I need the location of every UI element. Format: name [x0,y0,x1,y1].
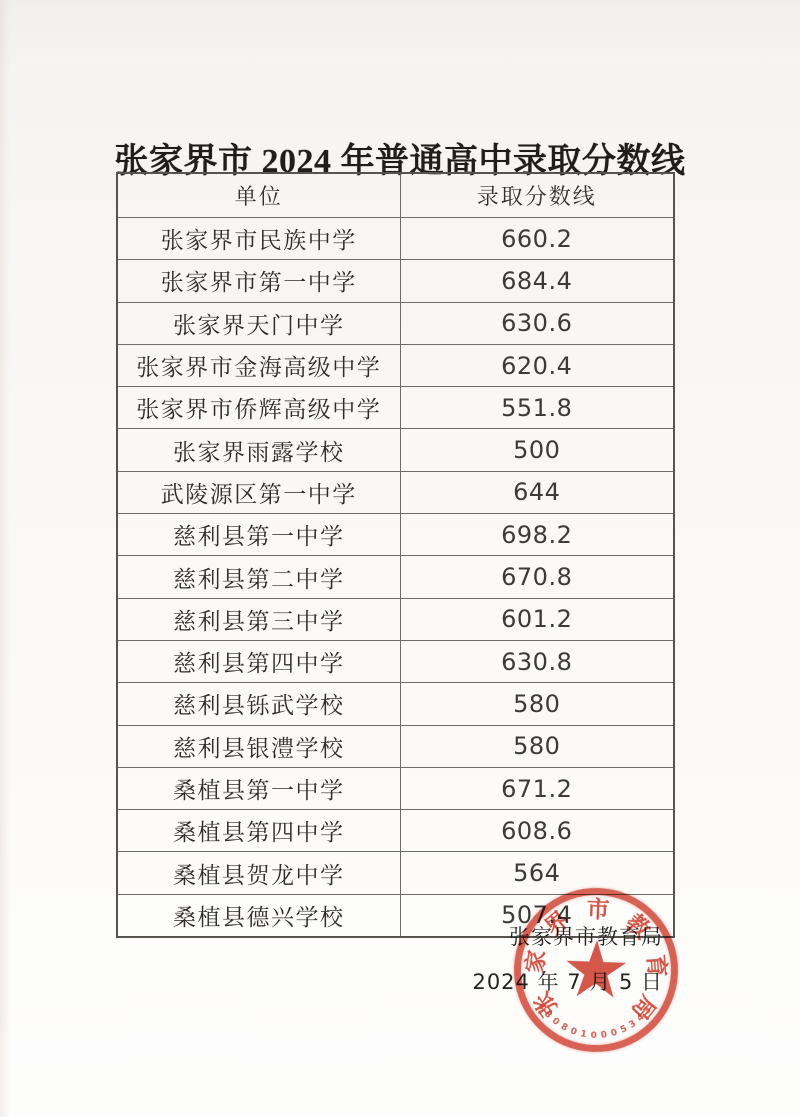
score-cell: 671.2 [400,767,674,809]
unit-cell: 张家界雨露学校 [117,429,400,471]
table-row: 张家界雨露学校500 [117,429,674,471]
unit-cell: 桑植县德兴学校 [117,894,400,937]
unit-cell: 慈利县第四中学 [117,640,400,682]
score-cell: 630.6 [400,302,674,344]
seal-code-digit: 3 [626,1018,640,1032]
unit-cell: 慈利县第一中学 [117,514,400,556]
score-column-header: 录取分数线 [400,173,674,218]
unit-cell: 慈利县银澧学校 [117,725,400,767]
score-cell: 660.2 [400,218,674,260]
table-row: 桑植县第四中学608.6 [117,810,674,852]
score-cell: 630.8 [400,640,674,682]
seal-code-digit: 0 [589,1031,599,1041]
table-row: 张家界市第一中学684.4 [117,260,674,302]
seal-code-digit: 3 [541,1008,555,1022]
table-row: 慈利县铄武学校580 [117,683,674,725]
seal-code-digit: 0 [567,1026,580,1039]
table-row: 张家界天门中学630.6 [117,302,674,344]
seal-code-digit: 4 [634,1011,648,1025]
unit-cell: 桑植县第一中学 [117,767,400,809]
unit-cell: 张家界市金海高级中学 [117,344,400,386]
table-row: 张家界市民族中学660.2 [117,218,674,260]
table-row: 慈利县第三中学601.2 [117,598,674,640]
score-cell: 601.2 [400,598,674,640]
unit-cell: 桑植县第四中学 [117,810,400,852]
score-cell: 698.2 [400,514,674,556]
score-cell: 684.4 [400,260,674,302]
unit-cell: 武陵源区第一中学 [117,471,400,513]
unit-cell: 张家界天门中学 [117,302,400,344]
seal-code-digit: 8 [557,1021,571,1035]
table-row: 慈利县第二中学670.8 [117,556,674,598]
unit-cell: 慈利县第三中学 [117,598,400,640]
signature-issuer: 张家界市教育局 [400,921,663,951]
seal-code-digit: 0 [598,1030,609,1041]
seal-code-digit: 0 [548,1015,562,1029]
table-row: 武陵源区第一中学644 [117,471,674,513]
score-cell: 564 [400,852,674,894]
signature-date: 2024 年 7 月 5 日 [400,966,663,996]
score-cell: 608.6 [400,810,674,852]
seal-code-digit: 3 [641,1004,655,1018]
score-cell: 580 [400,725,674,767]
table-row: 慈利县第一中学698.2 [117,514,674,556]
score-cell: 644 [400,471,674,513]
table-row: 慈利县第四中学630.8 [117,640,674,682]
score-cell: 500 [400,429,674,471]
table-row: 慈利县银澧学校580 [117,725,674,767]
table-row: 桑植县贺龙中学564 [117,852,674,894]
table-row: 张家界市金海高级中学620.4 [117,344,674,386]
unit-cell: 张家界市民族中学 [117,218,400,260]
score-cell: 580 [400,683,674,725]
unit-cell: 桑植县贺龙中学 [117,852,400,894]
table-body: 张家界市民族中学660.2张家界市第一中学684.4张家界天门中学630.6张家… [117,218,674,938]
unit-cell: 张家界市第一中学 [117,260,400,302]
seal-code-digit: 1 [578,1029,590,1041]
signature-block: 张家界市教育局 2024 年 7 月 5 日 [400,921,663,996]
score-cell: 551.8 [400,387,674,429]
admission-scores-table: 单位 录取分数线 张家界市民族中学660.2张家界市第一中学684.4张家界天门… [116,172,675,938]
unit-cell: 慈利县铄武学校 [117,683,400,725]
seal-code-digit: 4 [534,1000,548,1014]
score-cell: 670.8 [400,556,674,598]
seal-code-digit: 0 [608,1027,620,1039]
unit-cell: 张家界市侨辉高级中学 [117,387,400,429]
document-page: 张家界市 2024 年普通高中录取分数线 单位 录取分数线 张家界市民族中学66… [0,0,800,1117]
table-header-row: 单位 录取分数线 [117,173,674,218]
table-row: 张家界市侨辉高级中学551.8 [117,387,674,429]
unit-column-header: 单位 [117,173,400,218]
table-row: 桑植县第一中学671.2 [117,767,674,809]
score-cell: 620.4 [400,344,674,386]
unit-cell: 慈利县第二中学 [117,556,400,598]
seal-code-digit: 5 [617,1023,630,1036]
